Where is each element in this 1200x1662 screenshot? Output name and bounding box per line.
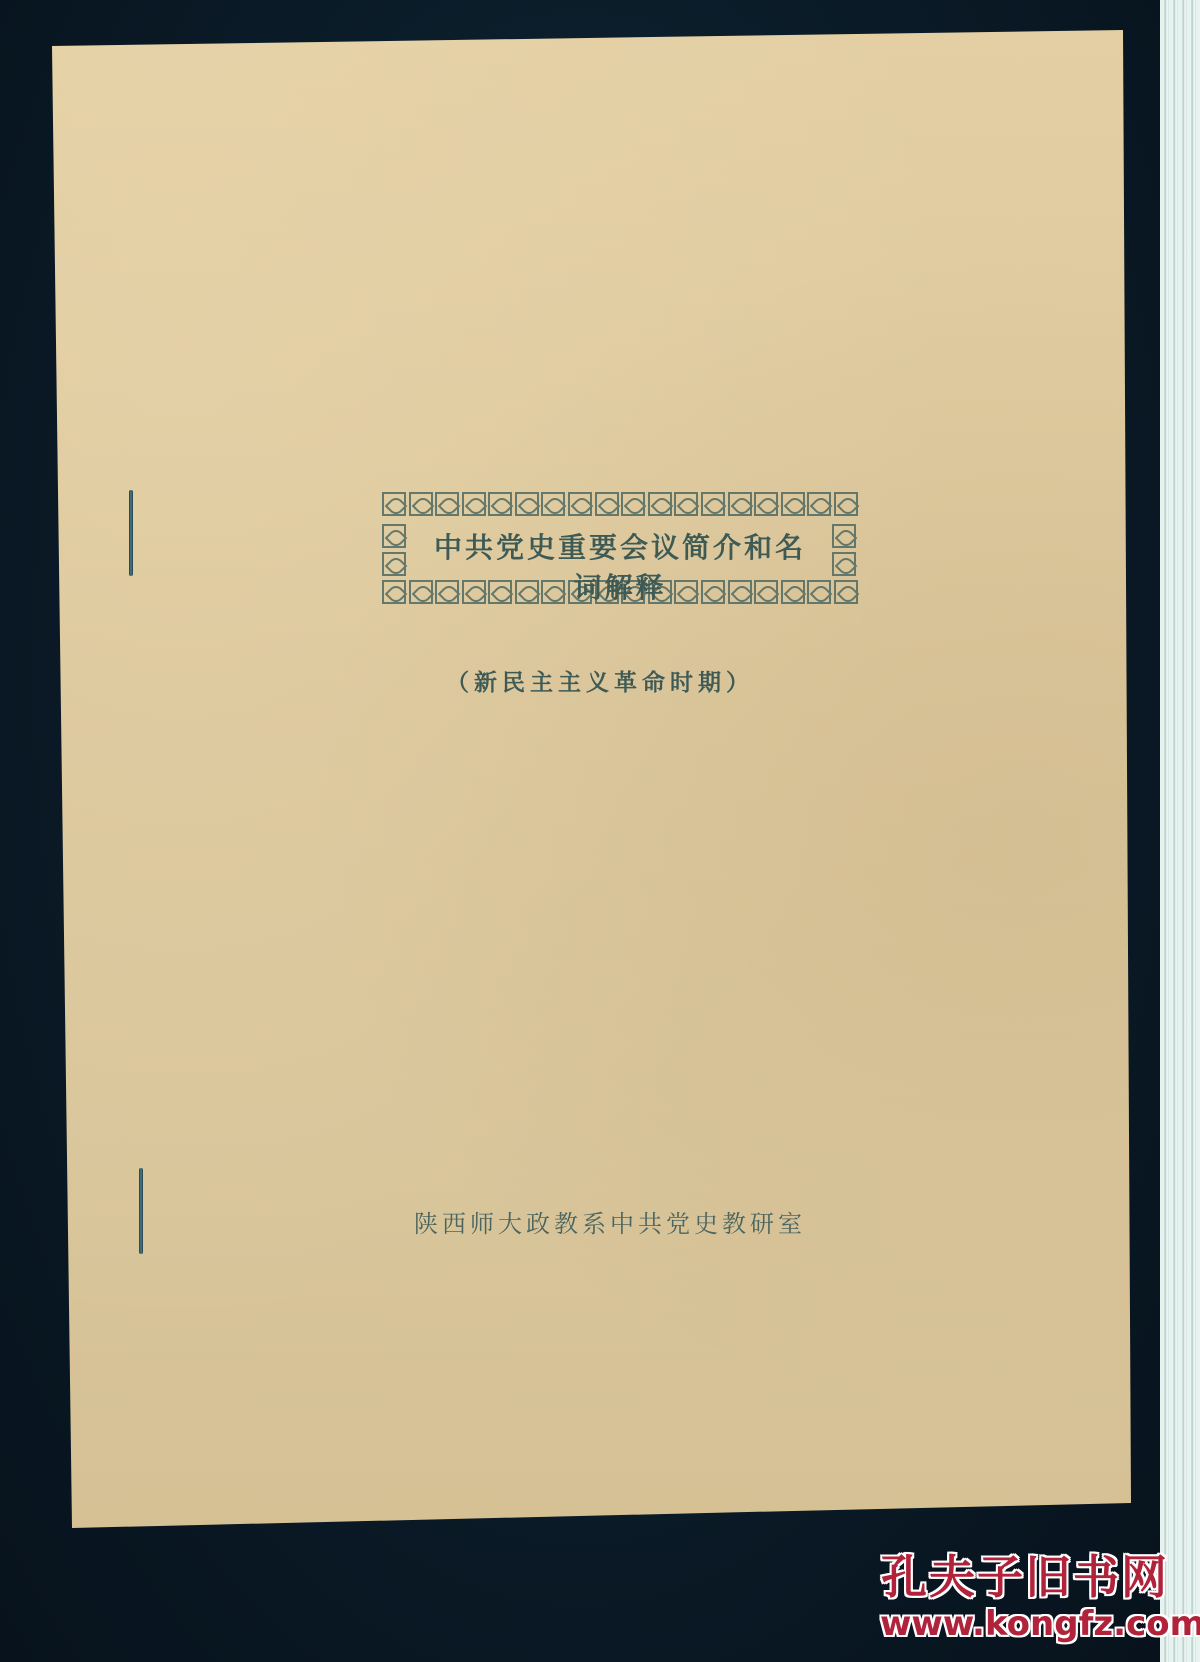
- ornament-tile-icon: [834, 580, 858, 604]
- publisher: 陕西师大政教系中共党史教研室: [410, 1204, 810, 1239]
- ornament-border-right: [832, 524, 858, 576]
- book-cover: [0, 0, 1200, 1662]
- ornament-tile-icon: [568, 492, 592, 516]
- ornament-tile-icon: [754, 492, 778, 516]
- ornament-tile-icon: [834, 492, 858, 516]
- ornament-tile-icon: [382, 524, 406, 548]
- ornament-tile-icon: [728, 492, 752, 516]
- watermark-name: 孔夫子旧书网: [880, 1550, 1170, 1604]
- ornament-tile-icon: [515, 492, 539, 516]
- ornament-tile-icon: [435, 492, 459, 516]
- scanner-edge-strip: [1160, 0, 1200, 1662]
- ornament-tile-icon: [382, 580, 406, 604]
- ornament-tile-icon: [462, 492, 486, 516]
- ornament-tile-icon: [832, 524, 856, 548]
- document-subtitle: （新民主主义革命时期）: [420, 664, 780, 697]
- ornament-tile-icon: [648, 492, 672, 516]
- ornament-tile-icon: [832, 552, 856, 576]
- document-title: 中共党史重要会议简介和名词解释: [420, 528, 820, 608]
- ornament-tile-icon: [541, 492, 565, 516]
- watermark-url: www.kongfz.com: [880, 1604, 1170, 1644]
- ornament-tile-icon: [781, 492, 805, 516]
- ornament-border-left: [382, 524, 408, 576]
- title-frame: 中共党史重要会议简介和名词解释: [382, 492, 858, 606]
- ornament-tile-icon: [488, 492, 512, 516]
- ornament-tile-icon: [621, 492, 645, 516]
- staple-top: [129, 490, 133, 576]
- ornament-tile-icon: [701, 492, 725, 516]
- ornament-tile-icon: [382, 552, 406, 576]
- ornament-border-top: [382, 492, 858, 518]
- staple-bottom: [139, 1168, 143, 1254]
- ornament-tile-icon: [674, 492, 698, 516]
- ornament-tile-icon: [409, 492, 433, 516]
- ornament-tile-icon: [595, 492, 619, 516]
- ornament-tile-icon: [807, 492, 831, 516]
- ornament-tile-icon: [382, 492, 406, 516]
- watermark: 孔夫子旧书网 www.kongfz.com: [880, 1550, 1170, 1644]
